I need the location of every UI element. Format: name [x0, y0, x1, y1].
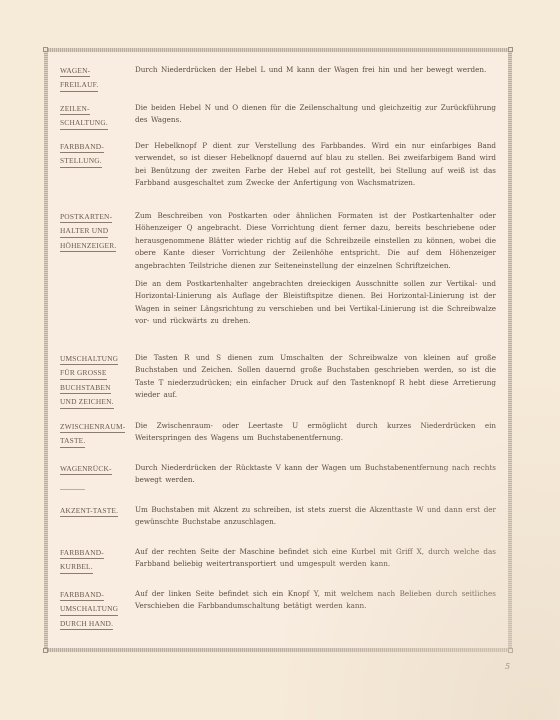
instruction-entry: Postkarten-halter undHöhenzeiger.Zum Bes…: [60, 210, 496, 328]
section-label-line: Postkarten-: [60, 210, 112, 223]
section-description: Durch Niederdrücken der Rücktaste V kann…: [132, 462, 496, 491]
section-label-line: taste.: [60, 476, 85, 489]
section-label-line: Wagen-: [60, 64, 90, 77]
page-content-area: Wagen-freilauf.Durch Niederdrücken der H…: [48, 52, 508, 648]
section-label-line: Höhenzeiger.: [60, 239, 116, 252]
section-description: Die beiden Hebel N und O dienen für die …: [132, 102, 496, 131]
description-paragraph: Die beiden Hebel N und O dienen für die …: [135, 102, 496, 127]
description-paragraph: Durch Niederdrücken der Rücktaste V kann…: [135, 462, 496, 487]
section-label-line: umschaltung: [60, 602, 118, 615]
instruction-entry: Wagenrück-taste.Durch Niederdrücken der …: [60, 462, 496, 491]
corner-ornament: [43, 648, 48, 653]
section-label: Wagen-freilauf.: [60, 64, 132, 93]
section-label: Farbband-umschaltungdurch Hand.: [60, 588, 132, 631]
section-description: Um Buchstaben mit Akzent zu schreiben, i…: [132, 504, 496, 529]
description-paragraph: Um Buchstaben mit Akzent zu schreiben, i…: [135, 504, 496, 529]
section-label-line: taste.: [60, 434, 85, 447]
instruction-entry: Umschaltungfür grosseBuchstabenund Zeich…: [60, 352, 496, 410]
section-label-line: freilauf.: [60, 78, 98, 91]
instruction-entry: Akzent-taste.Um Buchstaben mit Akzent zu…: [60, 504, 496, 529]
section-label-line: durch Hand.: [60, 617, 113, 630]
section-label-line: Farbband-: [60, 546, 104, 559]
section-label: Postkarten-halter undHöhenzeiger.: [60, 210, 132, 328]
section-label-line: schaltung.: [60, 116, 108, 129]
section-label-line: stellung.: [60, 154, 102, 167]
corner-ornament: [508, 648, 513, 653]
section-label: Umschaltungfür grosseBuchstabenund Zeich…: [60, 352, 132, 410]
corner-ornament: [43, 47, 48, 52]
section-label: Farbband-kurbel.: [60, 546, 132, 575]
instruction-entry: Wagen-freilauf.Durch Niederdrücken der H…: [60, 64, 496, 93]
description-paragraph: Die an dem Postkartenhalter angebrachten…: [135, 278, 496, 328]
instruction-entry: Farbband-stellung.Der Hebelknopf P dient…: [60, 140, 496, 190]
description-paragraph: Der Hebelknopf P dient zur Verstellung d…: [135, 140, 496, 190]
corner-ornament: [508, 47, 513, 52]
section-label-line: halter und: [60, 224, 108, 237]
instruction-entry: Farbband-umschaltungdurch Hand.Auf der l…: [60, 588, 496, 631]
section-label-line: Umschaltung: [60, 352, 118, 365]
section-description: Der Hebelknopf P dient zur Verstellung d…: [132, 140, 496, 190]
section-label: Wagenrück-taste.: [60, 462, 132, 491]
section-label-line: Farbband-: [60, 588, 104, 601]
section-label-line: Buchstaben: [60, 381, 111, 394]
section-description: Die Tasten R und S dienen zum Umschalten…: [132, 352, 496, 410]
description-paragraph: Durch Niederdrücken der Hebel L und M ka…: [135, 64, 496, 76]
section-description: Zum Beschreiben von Postkarten oder ähnl…: [132, 210, 496, 328]
section-description: Auf der linken Seite befindet sich ein K…: [132, 588, 496, 631]
section-label-line: und Zeichen.: [60, 395, 114, 408]
section-description: Durch Niederdrücken der Hebel L und M ka…: [132, 64, 496, 93]
page-number: 5: [505, 662, 510, 671]
description-paragraph: Auf der linken Seite befindet sich ein K…: [135, 588, 496, 613]
section-label-line: Wagenrück-: [60, 462, 112, 475]
section-label: Zeilen-schaltung.: [60, 102, 132, 131]
section-label-line: Zwischenraum-: [60, 420, 125, 433]
section-label-line: Akzent-taste.: [60, 504, 118, 517]
section-label: Farbband-stellung.: [60, 140, 132, 190]
instruction-entry: Zeilen-schaltung.Die beiden Hebel N und …: [60, 102, 496, 131]
instruction-entry: Zwischenraum-taste.Die Zwischenraum- ode…: [60, 420, 496, 449]
description-paragraph: Auf der rechten Seite der Maschine befin…: [135, 546, 496, 571]
section-label-line: Zeilen-: [60, 102, 90, 115]
description-paragraph: Die Tasten R und S dienen zum Umschalten…: [135, 352, 496, 402]
section-label-line: für grosse: [60, 366, 107, 379]
description-paragraph: Die Zwischenraum- oder Leertaste U ermög…: [135, 420, 496, 445]
instruction-entry: Farbband-kurbel.Auf der rechten Seite de…: [60, 546, 496, 575]
section-description: Die Zwischenraum- oder Leertaste U ermög…: [132, 420, 496, 449]
section-label-line: kurbel.: [60, 560, 93, 573]
section-label: Akzent-taste.: [60, 504, 132, 529]
section-description: Auf der rechten Seite der Maschine befin…: [132, 546, 496, 575]
description-paragraph: Zum Beschreiben von Postkarten oder ähnl…: [135, 210, 496, 272]
section-label: Zwischenraum-taste.: [60, 420, 132, 449]
section-label-line: Farbband-: [60, 140, 104, 153]
page-border-frame: Wagen-freilauf.Durch Niederdrücken der H…: [44, 48, 512, 652]
